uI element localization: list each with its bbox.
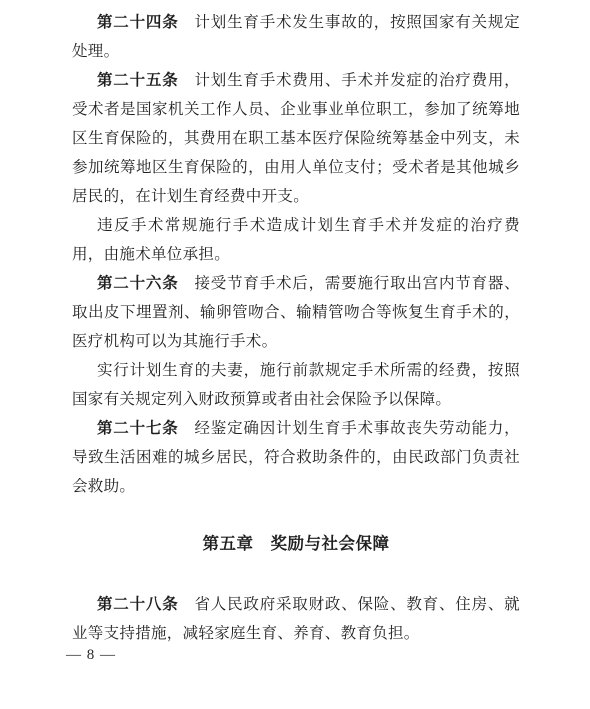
text-line: 受术者是国家机关工作人员、企业事业单位职工，参加了统筹地 [72, 95, 520, 124]
line-text: 居民的，在计划生育经费中开支。 [72, 188, 309, 205]
article-number: 第二十六条 [97, 275, 179, 292]
vertical-spacer [72, 559, 520, 590]
line-text: 受术者是国家机关工作人员、企业事业单位职工，参加了统筹地 [72, 101, 520, 118]
text-line: 违反手术常规施行手术造成计划生育手术并发症的治疗费 [72, 211, 520, 240]
line-text: 会救助。 [72, 478, 135, 495]
vertical-spacer [72, 501, 520, 530]
line-text: 违反手术常规施行手术造成计划生育手术并发症的治疗费 [97, 217, 520, 234]
text-line: 业等支持措施，减轻家庭生育、养育、教育负担。 [72, 619, 520, 648]
text-line: 第二十四条计划生育手术发生事故的，按照国家有关规定 [72, 8, 520, 37]
document-body: 第二十四条计划生育手术发生事故的，按照国家有关规定处理。第二十五条计划生育手术费… [72, 8, 520, 648]
line-text: 经鉴定确因计划生育手术事故丧失劳动能力， [195, 420, 520, 437]
text-line: 第二十五条计划生育手术费用、手术并发症的治疗费用， [72, 66, 520, 95]
text-line: 居民的，在计划生育经费中开支。 [72, 182, 520, 211]
line-text: 接受节育手术后，需要施行取出宫内节育器、 [195, 275, 520, 292]
line-text: 区生育保险的，其费用在职工基本医疗保险统筹基金中列支，未 [72, 130, 520, 147]
text-line: 会救助。 [72, 472, 520, 501]
line-text: 处理。 [72, 43, 119, 60]
text-line: 医疗机构可以为其施行手术。 [72, 327, 520, 356]
line-text: 省人民政府采取财政、保险、教育、住房、就 [195, 596, 520, 613]
text-line: 取出皮下埋置剂、输卵管吻合、输精管吻合等恢复生育手术的， [72, 298, 520, 327]
text-line: 第二十七条经鉴定确因计划生育手术事故丧失劳动能力， [72, 414, 520, 443]
text-line: 实行计划生育的夫妻，施行前款规定手术所需的经费，按照 [72, 356, 520, 385]
line-text: 取出皮下埋置剂、输卵管吻合、输精管吻合等恢复生育手术的， [72, 304, 520, 321]
line-text: 国家有关规定列入财政预算或者由社会保险予以保障。 [72, 391, 451, 408]
text-line: 导致生活困难的城乡居民，符合救助条件的，由民政部门负责社 [72, 443, 520, 472]
text-line: 第二十八条省人民政府采取财政、保险、教育、住房、就 [72, 590, 520, 619]
line-text: 业等支持措施，减轻家庭生育、养育、教育负担。 [72, 625, 420, 642]
line-text: 导致生活困难的城乡居民，符合救助条件的，由民政部门负责社 [72, 449, 520, 466]
text-line: 区生育保险的，其费用在职工基本医疗保险统筹基金中列支，未 [72, 124, 520, 153]
chapter-heading: 第五章 奖励与社会保障 [72, 530, 520, 559]
line-text: 计划生育手术发生事故的，按照国家有关规定 [195, 14, 520, 31]
text-line: 处理。 [72, 37, 520, 66]
line-text: 参加统筹地区生育保险的，由用人单位支付；受术者是其他城乡 [72, 159, 520, 176]
line-text: 计划生育手术费用、手术并发症的治疗费用， [195, 72, 520, 89]
article-number: 第二十五条 [97, 72, 179, 89]
text-line: 用，由施术单位承担。 [72, 240, 520, 269]
document-page: 第二十四条计划生育手术发生事故的，按照国家有关规定处理。第二十五条计划生育手术费… [0, 0, 590, 709]
article-number: 第二十四条 [97, 14, 179, 31]
line-text: 用，由施术单位承担。 [72, 246, 230, 263]
line-text: 实行计划生育的夫妻，施行前款规定手术所需的经费，按照 [97, 362, 520, 379]
text-line: 参加统筹地区生育保险的，由用人单位支付；受术者是其他城乡 [72, 153, 520, 182]
text-line: 国家有关规定列入财政预算或者由社会保险予以保障。 [72, 385, 520, 414]
page-number: — 8 — [66, 644, 116, 666]
article-number: 第二十七条 [97, 420, 179, 437]
line-text: 医疗机构可以为其施行手术。 [72, 333, 277, 350]
article-number: 第二十八条 [97, 596, 179, 613]
text-line: 第二十六条接受节育手术后，需要施行取出宫内节育器、 [72, 269, 520, 298]
